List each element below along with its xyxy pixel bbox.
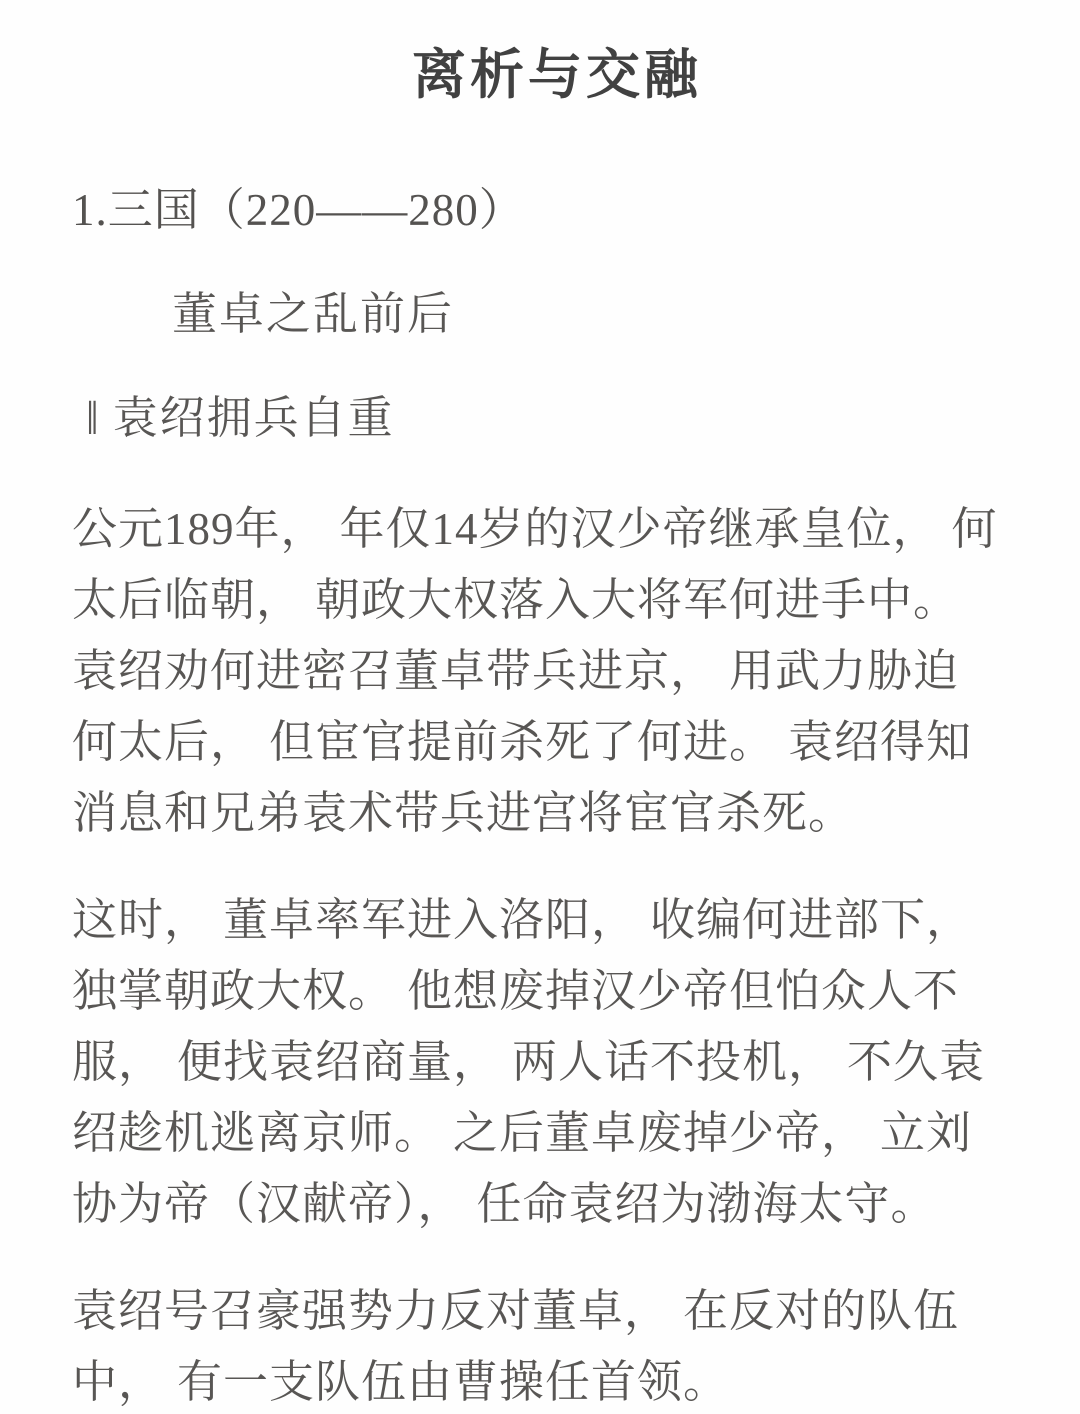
paragraph: 袁绍号召豪强势力反对董卓，在反对的队伍 中，有一支队伍由曹操任首领。: [72, 1276, 1042, 1414]
paragraph-line: 协为帝（汉献帝），任命袁绍为渤海太守。: [72, 1169, 1042, 1240]
paragraph-line: 袁绍号召豪强势力反对董卓，在反对的队伍: [72, 1276, 1042, 1347]
paragraph-line: 这时，董卓率军进入洛阳，收编何进部下，: [72, 885, 1042, 956]
section-heading: 1.三国（220——280）: [72, 184, 1042, 236]
paragraph-line: 何太后，但宦官提前杀死了何进。袁绍得知: [72, 707, 1042, 778]
paragraph-line: 袁绍劝何进密召董卓带兵进京，用武力胁迫: [72, 636, 1042, 707]
subheading-topic-label: 袁绍拥兵自重: [113, 393, 395, 443]
page-title: 离析与交融: [72, 42, 1042, 108]
paragraph-line: 太后临朝，朝政大权落入大将军何进手中。: [72, 565, 1042, 636]
paragraph-line: 绍趁机逃离京师。之后董卓废掉少帝，立刘: [72, 1098, 1042, 1169]
paragraph: 公元189年，年仅14岁的汉少帝继承皇位，何 太后临朝，朝政大权落入大将军何进手…: [72, 494, 1042, 849]
subheading-event: 董卓之乱前后: [72, 288, 1042, 340]
subheading-topic: ‖袁绍拥兵自重: [72, 392, 1042, 444]
paragraph-line: 服，便找袁绍商量，两人话不投机，不久袁: [72, 1027, 1042, 1098]
document-page: 离析与交融 1.三国（220——280） 董卓之乱前后 ‖袁绍拥兵自重 公元18…: [0, 0, 1080, 1414]
paragraph: 这时，董卓率军进入洛阳，收编何进部下， 独掌朝政大权。他想废掉汉少帝但怕众人不 …: [72, 885, 1042, 1240]
paragraph-line: 公元189年，年仅14岁的汉少帝继承皇位，何: [72, 494, 1042, 565]
paragraph-line: 消息和兄弟袁术带兵进宫将宦官杀死。: [72, 778, 1042, 849]
double-bar-icon: ‖: [86, 391, 101, 446]
paragraph-line: 独掌朝政大权。他想废掉汉少帝但怕众人不: [72, 956, 1042, 1027]
paragraph-line: 中，有一支队伍由曹操任首领。: [72, 1347, 1042, 1414]
